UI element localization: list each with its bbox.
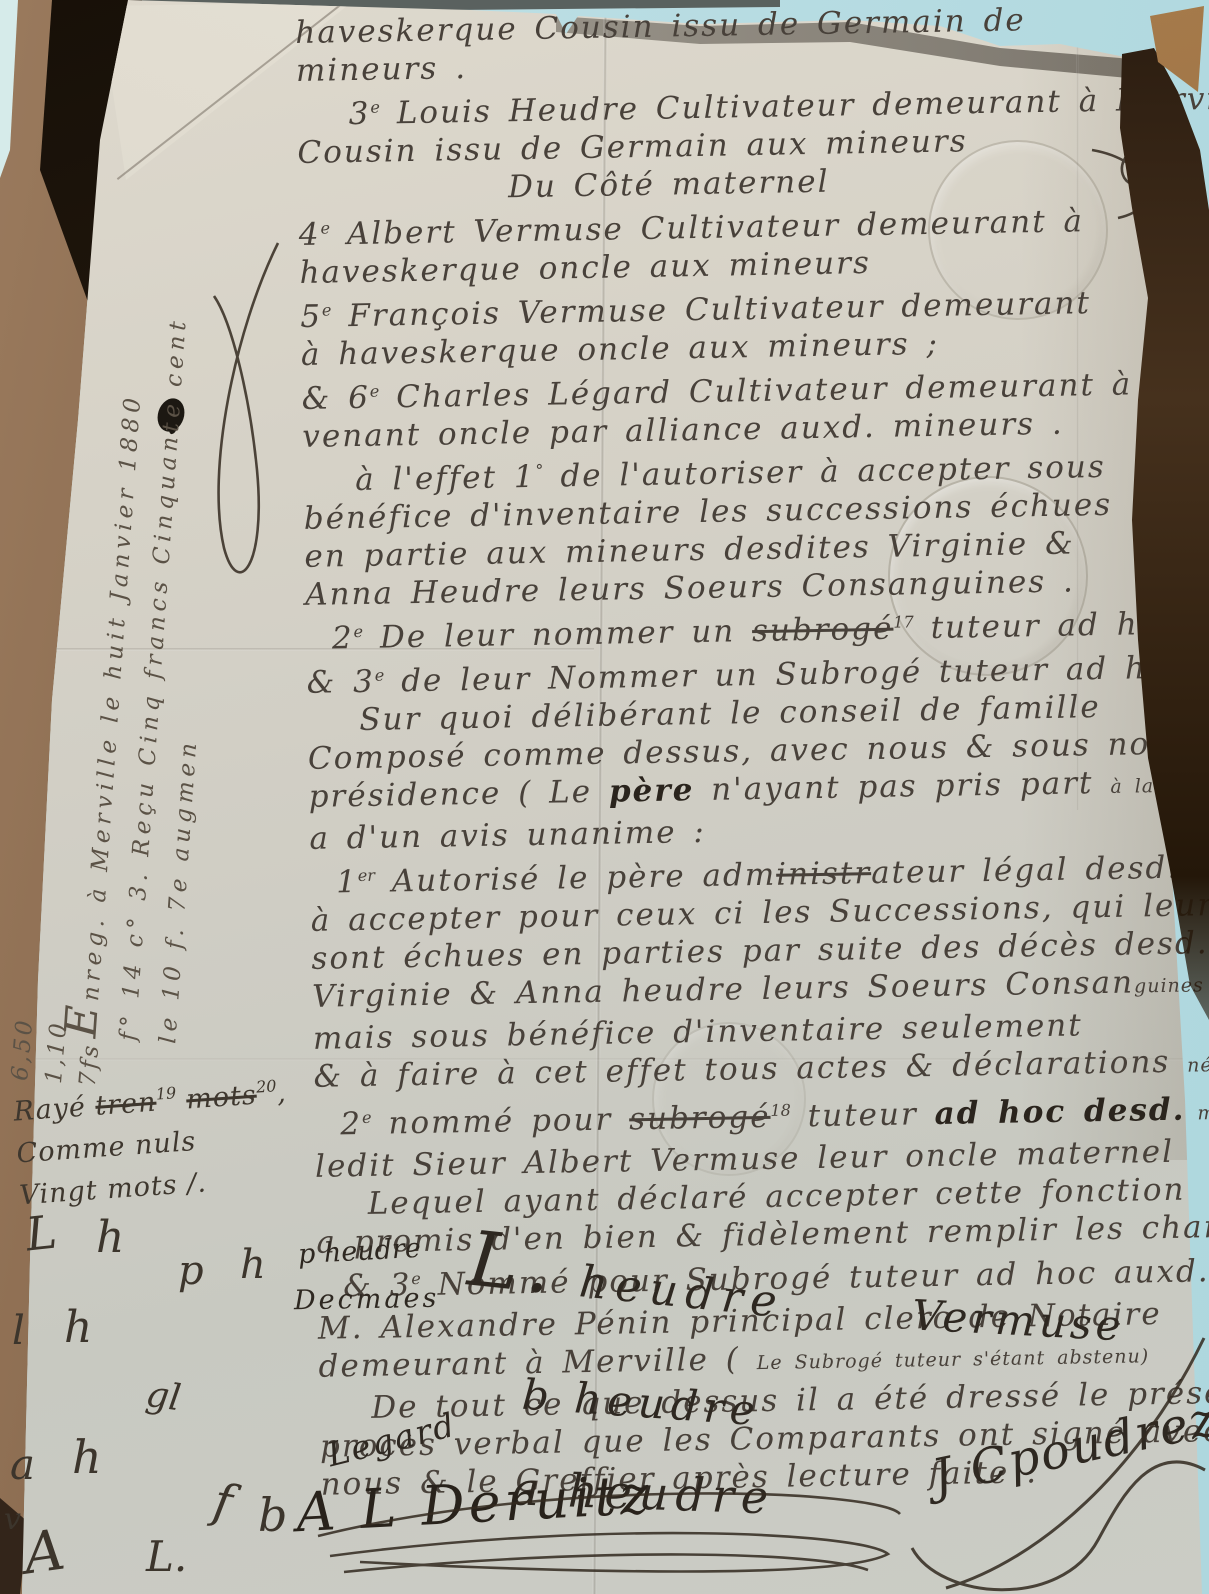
- initial-mark: b: [258, 1488, 287, 1542]
- initial-mark: v: [4, 1502, 21, 1537]
- initial-mark: h: [72, 1430, 102, 1484]
- initial-mark: l: [12, 1308, 25, 1354]
- initial-mark: a: [10, 1440, 35, 1489]
- initial-mark: f: [209, 1473, 236, 1531]
- signature-decmaes: Decmaes: [294, 1283, 440, 1317]
- initial-mark: A: [20, 1518, 69, 1588]
- margin-initials: LhphlhglahvAL.fb: [0, 0, 1209, 1594]
- initial-mark: gl: [143, 1374, 183, 1419]
- initial-mark: L.: [146, 1532, 187, 1581]
- initial-mark: L: [23, 1205, 59, 1262]
- signature-p-heudre: p heudre: [297, 1233, 421, 1270]
- initial-mark: h: [64, 1302, 92, 1353]
- initial-mark: h: [96, 1212, 124, 1263]
- initial-mark: h: [240, 1242, 266, 1288]
- initial-mark: p: [178, 1248, 204, 1294]
- photo-of-document: { "colors":{"paper":"#d6d2c8","ink":"#48…: [0, 0, 1209, 1594]
